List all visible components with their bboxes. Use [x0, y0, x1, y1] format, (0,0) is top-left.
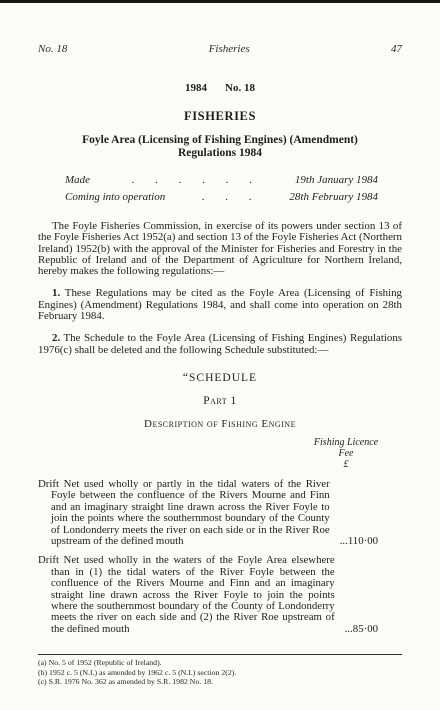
regulation-title-line2: Regulations 1984: [38, 147, 402, 160]
doc-number: 1984No. 18: [38, 82, 402, 94]
running-head-number: No. 18: [38, 43, 67, 55]
subject-heading: FISHERIES: [38, 109, 402, 124]
regulation-1-paragraph: 1. These Regulations may be cited as the…: [38, 288, 402, 322]
entry-tail: ... 85·00: [335, 624, 402, 635]
footnote-c: (c) S.R. 1976 No. 362 as amended by S.R.…: [38, 677, 402, 687]
made-dot-leader: . . . . . .: [90, 172, 295, 189]
dates-block: Made . . . . . . 19th January 1984 Comin…: [65, 172, 378, 206]
entry-fee: 85·00: [353, 624, 378, 635]
entry-description: Drift Net used wholly or partly in the t…: [38, 479, 330, 547]
made-label: Made: [65, 172, 90, 189]
schedule-entries: Drift Net used wholly or partly in the t…: [38, 479, 402, 635]
regulation-1-text: These Regulations may be cited as the Fo…: [38, 287, 402, 322]
regulation-1-number: 1.: [52, 287, 60, 299]
coming-into-operation-date: 28th February 1984: [289, 189, 378, 206]
schedule-entry-drift-net-elsewhere: Drift Net used wholly in the waters of t…: [38, 555, 402, 635]
coming-into-operation-label: Coming into operation: [65, 189, 165, 206]
schedule-part-heading: Part 1: [38, 395, 402, 407]
regulation-title-line1: Foyle Area (Licensing of Fishing Engines…: [38, 134, 402, 147]
document-page: No. 18 Fisheries 47 1984No. 18 FISHERIES…: [0, 43, 440, 687]
fee-column-header: Fishing Licence Fee £: [296, 437, 396, 470]
preamble-paragraph: The Foyle Fisheries Commission, in exerc…: [38, 221, 402, 277]
running-head: No. 18 Fisheries 47: [38, 43, 402, 55]
page-number: 47: [391, 43, 402, 55]
coming-into-operation-row: Coming into operation . . . 28th Februar…: [65, 189, 378, 206]
scan-edge-artifact: [0, 0, 440, 3]
fee-header-currency: £: [296, 459, 396, 470]
entry-fee: 110·00: [348, 536, 378, 547]
regulation-2-text: The Schedule to the Foyle Area (Licensin…: [38, 332, 402, 355]
entry-tail: ... 110·00: [330, 536, 402, 547]
doc-number-year: 1984: [185, 82, 207, 94]
schedule-part-title: Description of Fishing Engine: [38, 418, 402, 430]
made-date: 19th January 1984: [295, 172, 378, 189]
coming-into-operation-dot-leader: . . .: [165, 189, 289, 206]
footnote-divider: [38, 654, 402, 655]
fee-header-line2: Fee: [296, 448, 396, 459]
entry-dot-leader: ...: [340, 536, 348, 547]
regulation-2-number: 2.: [52, 332, 60, 344]
running-head-subject: Fisheries: [67, 43, 391, 55]
schedule-entry-drift-net-tidal: Drift Net used wholly or partly in the t…: [38, 479, 402, 547]
regulation-2-paragraph: 2. The Schedule to the Foyle Area (Licen…: [38, 333, 402, 356]
footnote-a: (a) No. 5 of 1952 (Republic of Ireland).: [38, 658, 402, 668]
made-date-row: Made . . . . . . 19th January 1984: [65, 172, 378, 189]
doc-number-serial: No. 18: [225, 82, 255, 94]
regulation-title: Foyle Area (Licensing of Fishing Engines…: [38, 134, 402, 160]
entry-description: Drift Net used wholly in the waters of t…: [38, 555, 335, 635]
footnotes: (a) No. 5 of 1952 (Republic of Ireland).…: [38, 658, 402, 687]
footnote-b: (b) 1952 c. 5 (N.I.) as amended by 1962 …: [38, 668, 402, 678]
entry-dot-leader: ...: [345, 624, 353, 635]
schedule-heading: “SCHEDULE: [38, 372, 402, 384]
fee-header-line1: Fishing Licence: [296, 437, 396, 448]
